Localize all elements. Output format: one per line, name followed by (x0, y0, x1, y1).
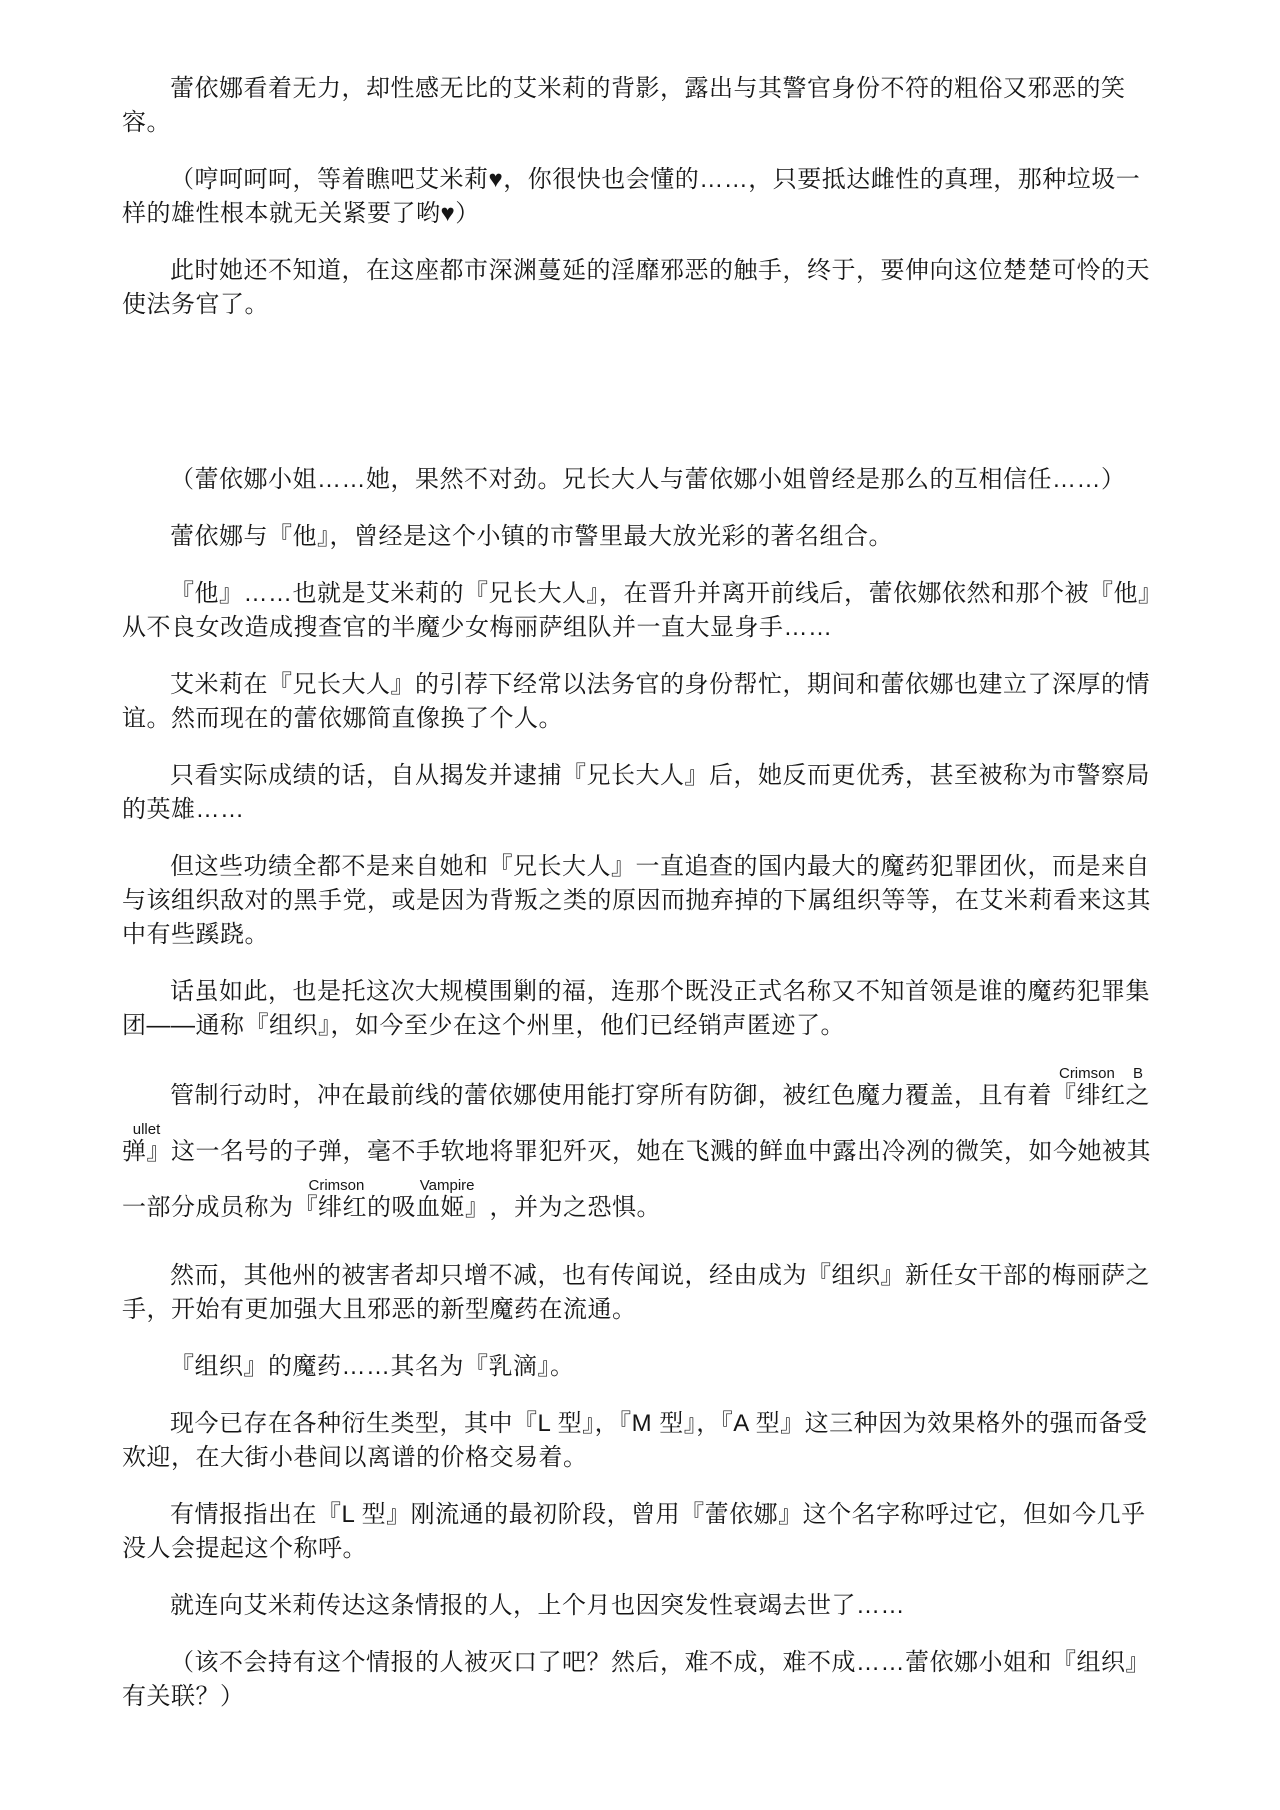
paragraph: 蕾依娜与『他』，曾经是这个小镇的市警里最大放光彩的著名组合。 (122, 520, 1158, 554)
paragraph: 『他』……也就是艾米莉的『兄长大人』，在晋升并离开前线后，蕾依娜依然和那个被『他… (122, 577, 1158, 645)
paragraph: 艾米莉在『兄长大人』的引荐下经常以法务官的身份帮忙，期间和蕾依娜也建立了深厚的情… (122, 668, 1158, 736)
paragraph: 蕾依娜看着无力，却性感无比的艾米莉的背影，露出与其警官身份不符的粗俗又邪恶的笑容… (122, 72, 1158, 140)
paragraph: （哼呵呵呵，等着瞧吧艾米莉♥，你很快也会懂的……，只要抵达雌性的真理，那种垃圾一… (122, 163, 1158, 231)
paragraph: 就连向艾米莉传达这条情报的人，上个月也因突发性衰竭去世了…… (122, 1589, 1158, 1623)
ruby-base-text: 『绯红的吸血姬』 (294, 1194, 490, 1221)
paragraph: 现今已存在各种衍生类型，其中『L 型』，『M 型』，『A 型』这三种因为效果格外… (122, 1407, 1158, 1475)
paragraph: （该不会持有这个情报的人被灭口了吧？然后，难不成，难不成……蕾依娜小姐和『组织』… (122, 1646, 1158, 1714)
ruby-term: 『绯红的吸血姬』Crimson Vampire (294, 1194, 490, 1221)
document-page: 蕾依娜看着无力，却性感无比的艾米莉的背影，露出与其警官身份不符的粗俗又邪恶的笑容… (0, 0, 1280, 1810)
scene-break (122, 345, 1158, 463)
paragraph: 然而，其他州的被害者却只增不减，也有传闻说，经由成为『组织』新任女干部的梅丽萨之… (122, 1259, 1158, 1327)
paragraph: 只看实际成绩的话，自从揭发并逮捕『兄长大人』后，她反而更优秀，甚至被称为市警察局… (122, 759, 1158, 827)
text-segment: ，并为之恐惧。 (490, 1194, 662, 1221)
paragraph: 但这些功绩全都不是来自她和『兄长大人』一直追查的国内最大的魔药犯罪团伙，而是来自… (122, 850, 1158, 952)
text-segment: 管制行动时，冲在最前线的蕾依娜使用能打穿所有防御，被红色魔力覆盖，且有着 (170, 1082, 1052, 1109)
paragraph: 有情报指出在『L 型』刚流通的最初阶段，曾用『蕾依娜』这个名字称呼过它，但如今几… (122, 1498, 1158, 1566)
paragraph: 『组织』的魔药……其名为『乳滴』。 (122, 1350, 1158, 1384)
paragraph: （蕾依娜小姐……她，果然不对劲。兄长大人与蕾依娜小姐曾经是那么的互相信任……） (122, 463, 1158, 497)
ruby-annotation: Crimson Vampire (294, 1177, 490, 1194)
paragraph: 话虽如此，也是托这次大规模围剿的福，连那个既没正式名称又不知首领是谁的魔药犯罪集… (122, 975, 1158, 1043)
paragraph: 此时她还不知道，在这座都市深渊蔓延的淫靡邪恶的触手，终于，要伸向这位楚楚可怜的天… (122, 254, 1158, 322)
document-body: 蕾依娜看着无力，却性感无比的艾米莉的背影，露出与其警官身份不符的粗俗又邪恶的笑容… (122, 72, 1158, 1714)
paragraph: 管制行动时，冲在最前线的蕾依娜使用能打穿所有防御，被红色魔力覆盖，且有着『绯红之… (122, 1066, 1158, 1236)
